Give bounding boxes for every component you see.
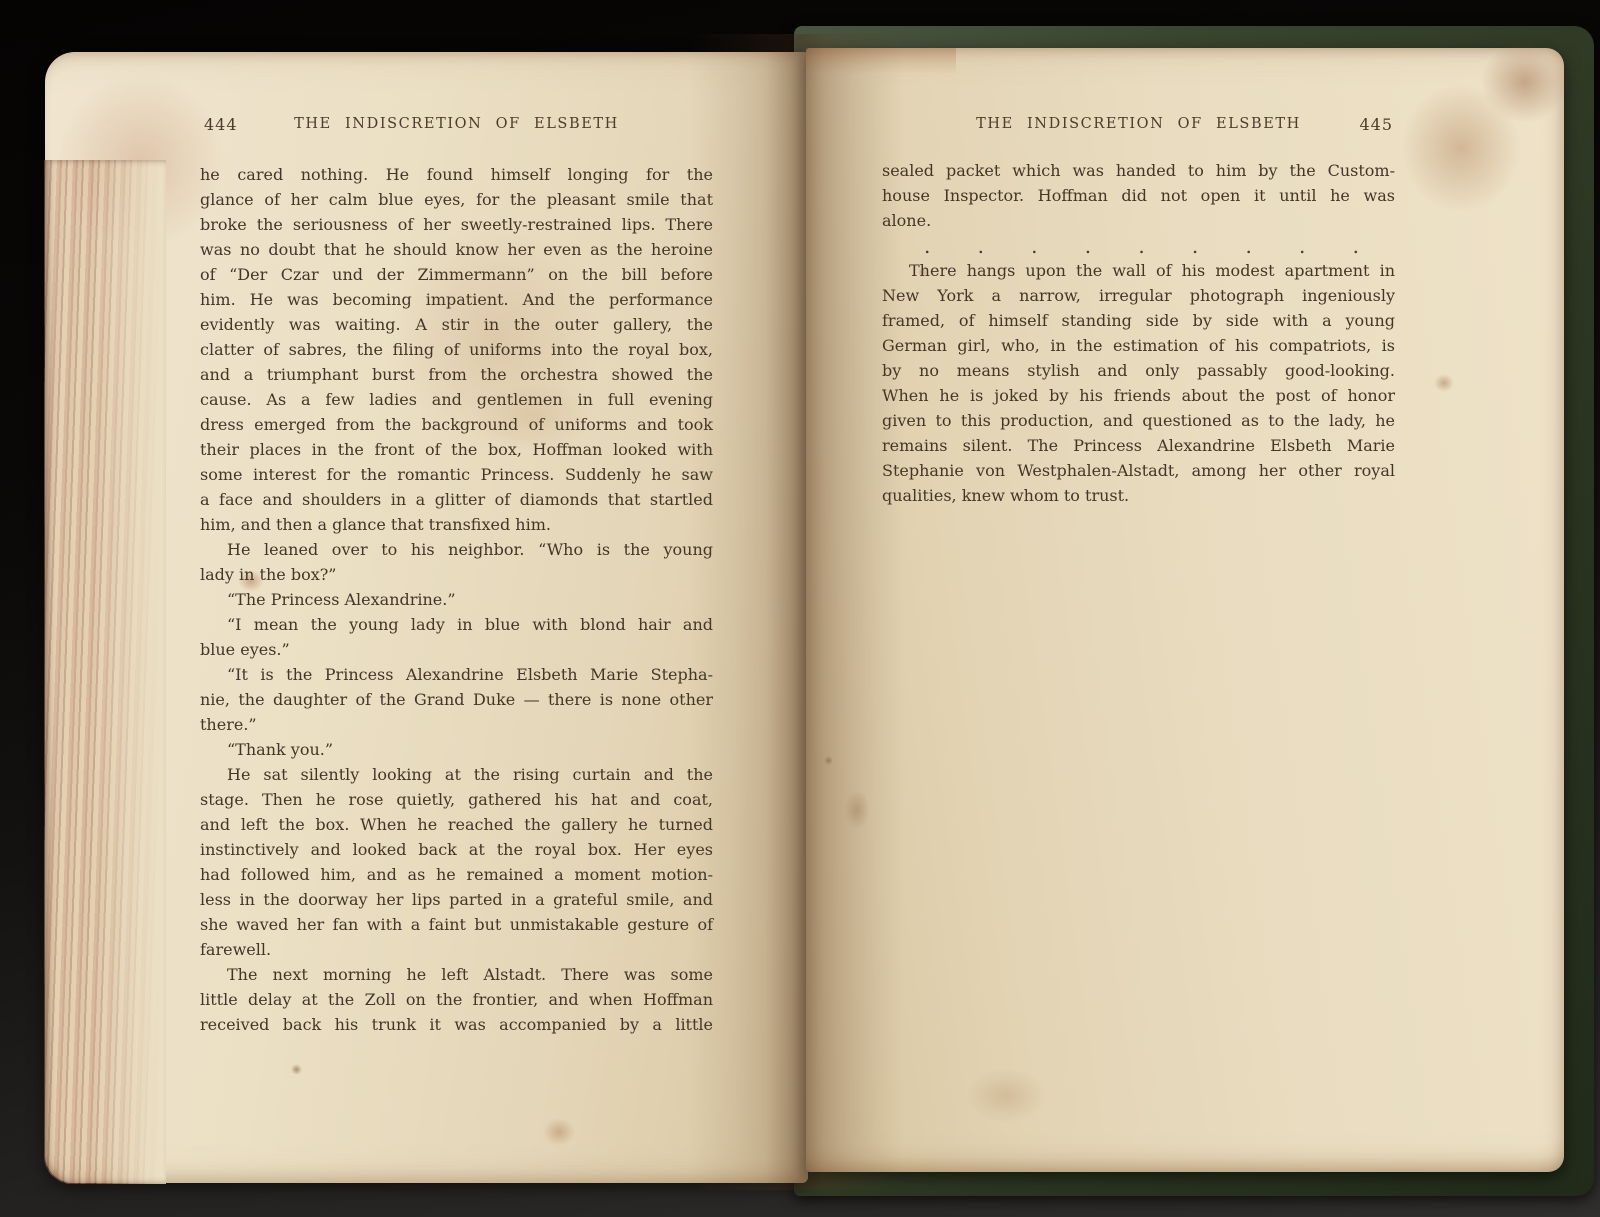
text-line: sealed packet which was handed to him by… [882,158,1395,183]
text-line: their places in the front of the box, Ho… [200,437,713,462]
text-line: there.” [200,712,713,737]
text-line: framed, of himself standing side by side… [882,308,1395,333]
page-body: sealed packet which was handed to him by… [882,158,1395,508]
paragraph: “It is the Princess Alexandrine Elsbeth … [200,662,713,737]
text-line: He leaned over to his neighbor. “Who is … [200,537,713,562]
text-line: she waved her fan with a faint but unmis… [200,912,713,937]
text-line: by no means stylish and only passably go… [882,358,1395,383]
foxing-spot [806,48,956,74]
text-line: nie, the daughter of the Grand Duke — th… [200,687,713,712]
text-line: “Thank you.” [200,737,713,762]
foxing-spot [1434,374,1454,392]
break-dot: . [978,240,984,255]
text-line: was no doubt that he should know her eve… [200,237,713,262]
text-line: dress emerged from the background of uni… [200,412,713,437]
break-dot: . [924,240,930,255]
foxing-spot [543,1118,575,1146]
page-stack-edges [44,160,166,1184]
text-line: him, and then a glance that transfixed h… [200,512,713,537]
text-line: He sat silently looking at the rising cu… [200,762,713,787]
break-dot: . [1192,240,1198,255]
text-line: and left the box. When he reached the ga… [200,812,713,837]
paragraph: He sat silently looking at the rising cu… [200,762,713,962]
foxing-spot [966,1068,1046,1123]
text-line: little delay at the Zoll on the frontier… [200,987,713,1012]
break-dot: . [1138,240,1144,255]
break-dot: . [1353,240,1359,255]
text-line: farewell. [200,937,713,962]
paragraph: There hangs upon the wall of his modest … [882,258,1395,508]
text-line: less in the doorway her lips parted in a… [200,887,713,912]
text-line: Stephanie von Westphalen-Alstadt, among … [882,458,1395,483]
text-line: alone. [882,208,1395,233]
page-number: 444 [204,115,238,134]
break-dot: . [1085,240,1091,255]
text-line: “The Princess Alexandrine.” [200,587,713,612]
text-line: cause. As a few ladies and gentlemen in … [200,387,713,412]
text-line: stage. Then he rose quietly, gathered hi… [200,787,713,812]
page-header: THE INDISCRETION OF ELSBETH 445 [882,116,1395,132]
running-title: THE INDISCRETION OF ELSBETH [882,116,1395,132]
text-line: When he is joked by his friends about th… [882,383,1395,408]
text-line: lady in the box?” [200,562,713,587]
break-dot: . [1299,240,1305,255]
text-line: New York a narrow, irregular photograph … [882,283,1395,308]
break-dot: . [1031,240,1037,255]
text-line: and a triumphant burst from the orchestr… [200,362,713,387]
break-dot: . [1245,240,1251,255]
text-line: There hangs upon the wall of his modest … [882,258,1395,283]
text-line: given to this production, and questioned… [882,408,1395,433]
paragraph: “The Princess Alexandrine.” [200,587,713,612]
text-line: qualities, knew whom to trust. [882,483,1395,508]
running-title: THE INDISCRETION OF ELSBETH [200,116,713,132]
foxing-spot [844,790,870,830]
foxing-spot [1482,42,1568,122]
text-line: received back his trunk it was accompani… [200,1012,713,1037]
text-line: “I mean the young lady in blue with blon… [200,612,713,637]
text-line: had followed him, and as he remained a m… [200,862,713,887]
paragraph: sealed packet which was handed to him by… [882,158,1395,233]
text-line: house Inspector. Hoffman did not open it… [882,183,1395,208]
text-line: some interest for the romantic Princess.… [200,462,713,487]
text-line: a face and shoulders in a glitter of dia… [200,487,713,512]
paragraph: “I mean the young lady in blue with blon… [200,612,713,662]
paragraph: he cared nothing. He found himself longi… [200,162,713,537]
text-line: broke the seriousness of her sweetly-res… [200,212,713,237]
foxing-spot [291,1064,302,1075]
text-line: German girl, who, in the estimation of h… [882,333,1395,358]
text-line: he cared nothing. He found himself longi… [200,162,713,187]
text-line: “It is the Princess Alexandrine Elsbeth … [200,662,713,687]
page-number: 445 [1359,115,1393,134]
page-right: THE INDISCRETION OF ELSBETH 445 sealed p… [806,48,1564,1172]
paragraph: The next morning he left Alstadt. There … [200,962,713,1037]
foxing-spot [1401,83,1521,213]
section-break-dots: ......... [882,240,1395,255]
page-left: 444 THE INDISCRETION OF ELSBETH he cared… [45,52,808,1183]
text-line: The next morning he left Alstadt. There … [200,962,713,987]
paragraph: “Thank you.” [200,737,713,762]
paragraph: He leaned over to his neighbor. “Who is … [200,537,713,587]
foxing-spot [824,756,833,765]
page-header: 444 THE INDISCRETION OF ELSBETH [200,116,713,132]
text-line: clatter of sabres, the filing of uniform… [200,337,713,362]
text-line: instinctively and looked back at the roy… [200,837,713,862]
text-line: him. He was becoming impatient. And the … [200,287,713,312]
photo-scene: 444 THE INDISCRETION OF ELSBETH he cared… [0,0,1600,1217]
text-line: remains silent. The Princess Alexandrine… [882,433,1395,458]
text-line: glance of her calm blue eyes, for the pl… [200,187,713,212]
text-line: blue eyes.” [200,637,713,662]
text-line: evidently was waiting. A stir in the out… [200,312,713,337]
page-body: he cared nothing. He found himself longi… [200,162,713,1037]
text-line: of “Der Czar und der Zimmermann” on the … [200,262,713,287]
